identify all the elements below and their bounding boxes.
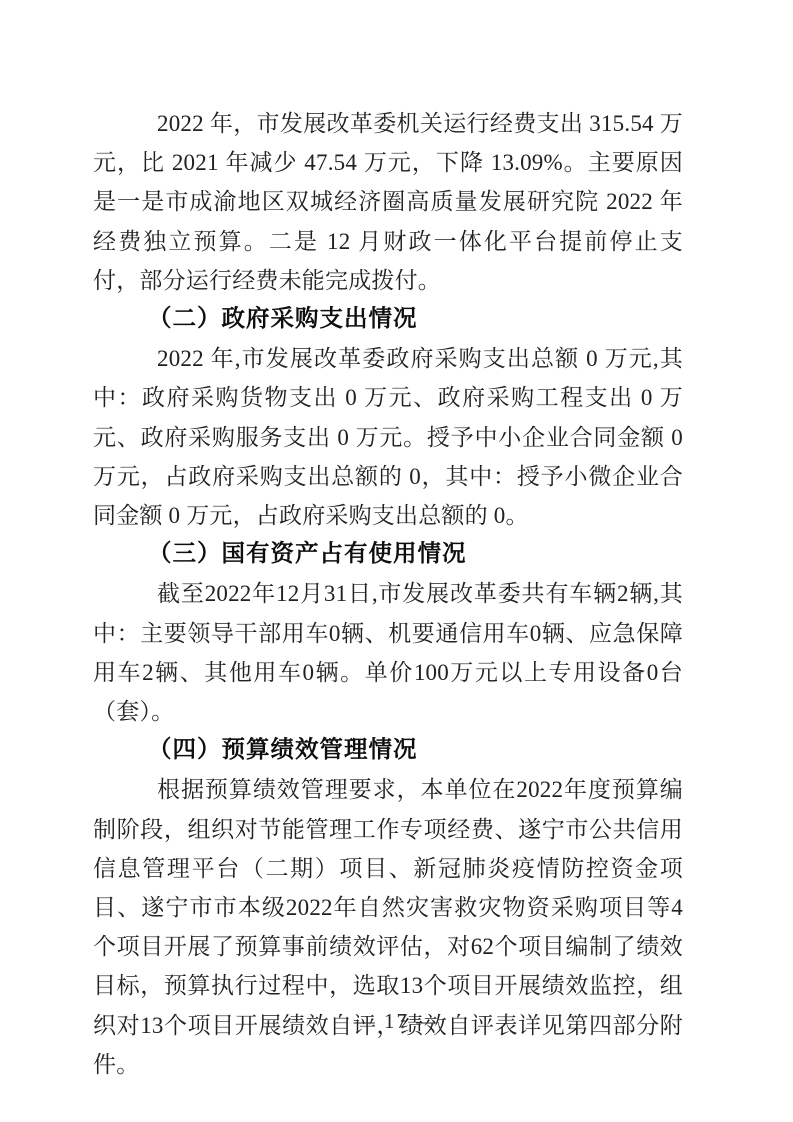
paragraph-government-procurement-details: 2022 年,市发展改革委政府采购支出总额 0 万元,其中：政府采购货物支出 0… [93, 339, 683, 535]
paragraph-agency-operating-expenses: 2022 年，市发展改革委机关运行经费支出 315.54 万元，比 2021 年… [93, 104, 683, 300]
page-footer: — 17 — [0, 1006, 793, 1036]
paragraph-state-owned-assets-details: 截至2022年12月31日,市发展改革委共有车辆2辆,其中：主要领导干部用车0辆… [93, 574, 683, 731]
heading-section-2-government-procurement: （二）政府采购支出情况 [93, 300, 683, 339]
document-page: 2022 年，市发展改革委机关运行经费支出 315.54 万元，比 2021 年… [0, 0, 793, 1122]
page-number: — 17 — [354, 1009, 440, 1033]
paragraph-budget-performance-details: 根据预算绩效管理要求，本单位在2022年度预算编制阶段，组织对节能管理工作专项经… [93, 770, 683, 1084]
heading-section-4-budget-performance: （四）预算绩效管理情况 [93, 731, 683, 770]
document-content: 2022 年，市发展改革委机关运行经费支出 315.54 万元，比 2021 年… [93, 104, 683, 1084]
heading-section-3-state-owned-assets: （三）国有资产占有使用情况 [93, 535, 683, 574]
